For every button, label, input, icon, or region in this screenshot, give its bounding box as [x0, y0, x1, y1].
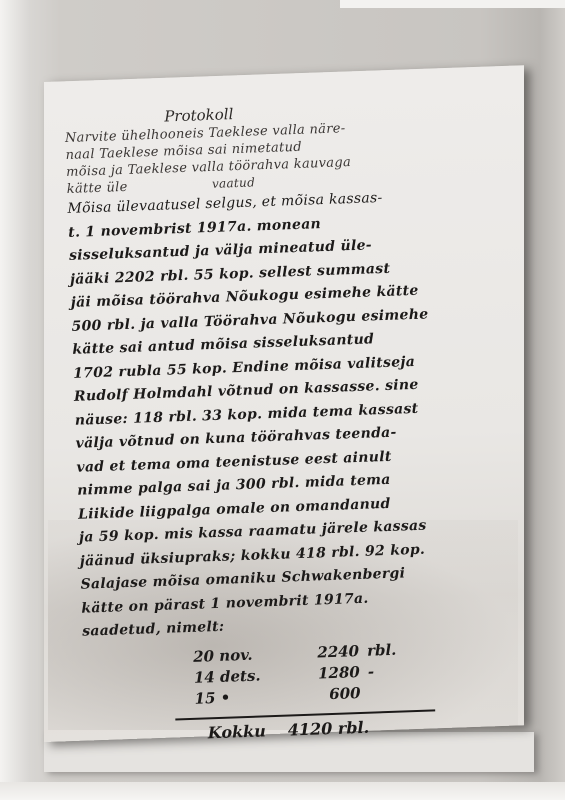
interlinear-insert: vaatud — [212, 175, 256, 190]
ledger-unit — [368, 682, 369, 703]
text-fragment: kätte üle — [67, 180, 128, 197]
ledger-unit: - — [367, 661, 374, 682]
film-edge-bottom — [0, 782, 565, 800]
handwritten-protocol: Protokoll Narvite ühelhooneis Taeklese v… — [64, 94, 546, 746]
ledger-date: 15 • — [194, 686, 271, 710]
film-edge-top — [340, 0, 565, 8]
ledger-date: 20 nov. — [193, 644, 270, 668]
ledger-total-label: Kokku — [207, 720, 288, 742]
ledger-date: 14 dets. — [194, 665, 271, 689]
payment-ledger: 20 nov. 2240 rbl. 14 dets. 1280 - 15 • 6… — [193, 634, 546, 742]
ledger-amount: 600 — [270, 683, 361, 707]
ledger-unit: rbl. — [367, 639, 397, 661]
ledger-total-amount: 4120 rbl. — [287, 717, 369, 739]
